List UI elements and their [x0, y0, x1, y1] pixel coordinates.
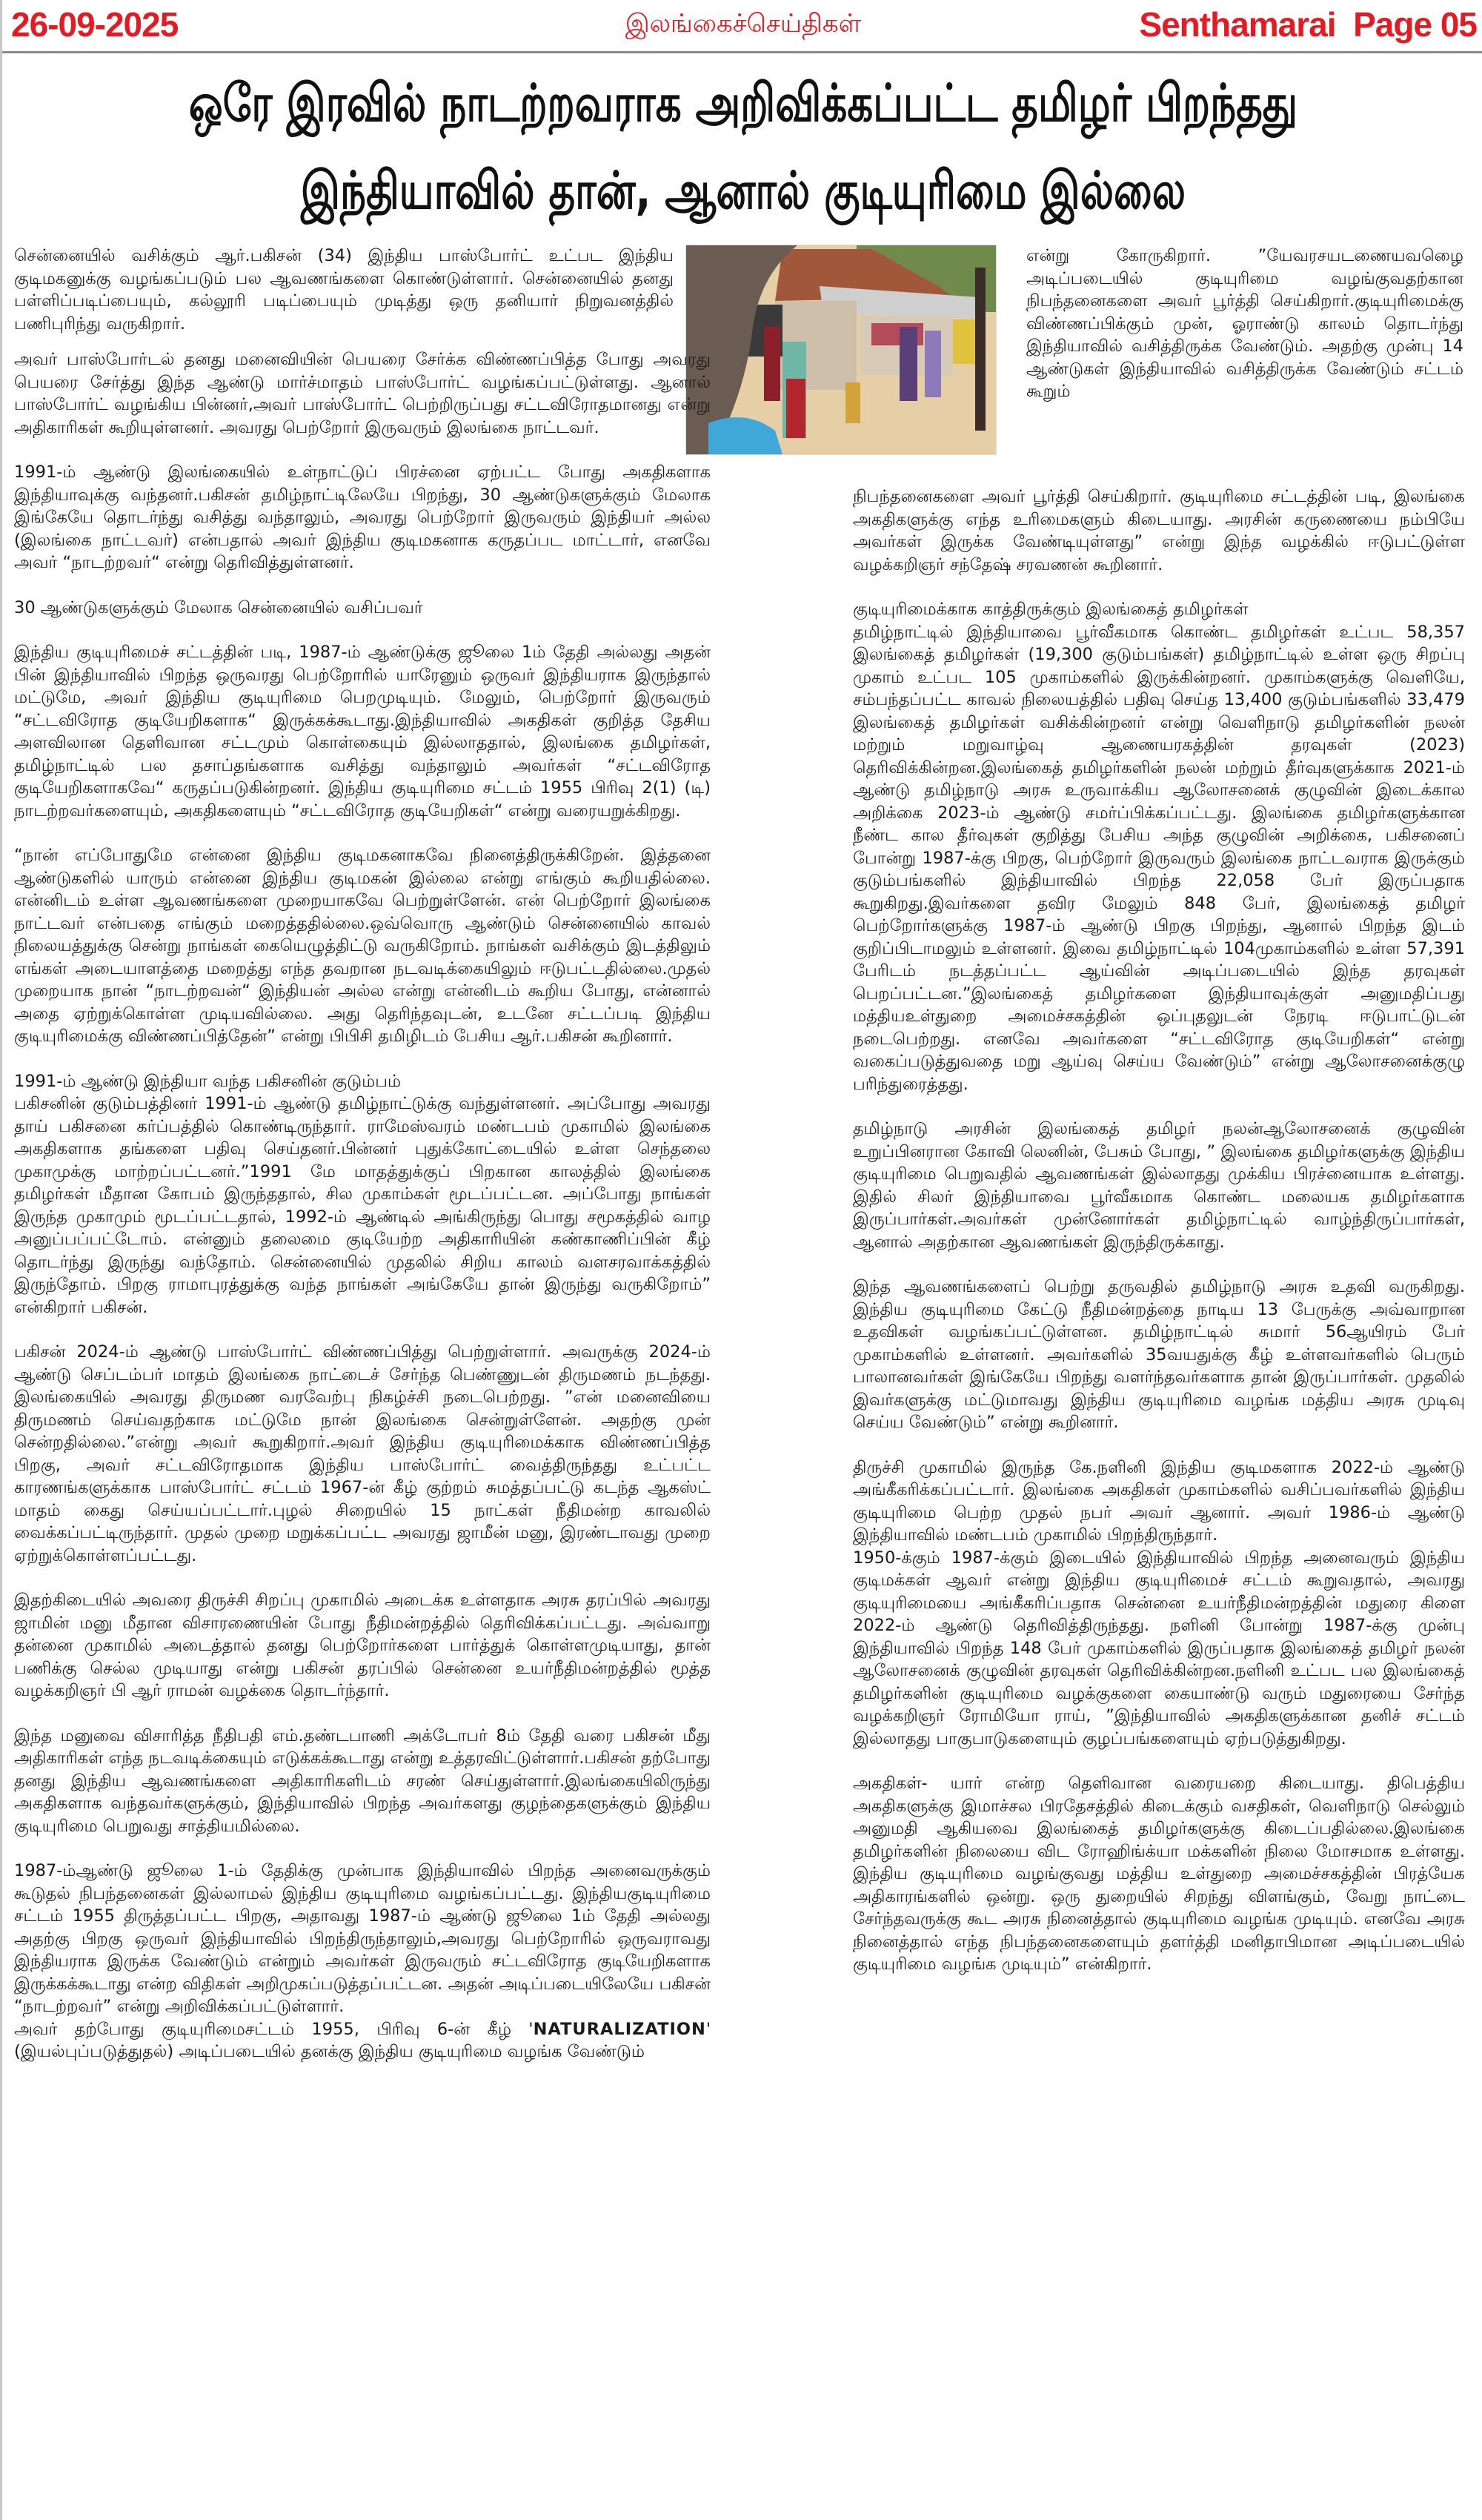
paragraph-text: அவர் தற்போது குடியுரிமைசட்டம் 1955, பிரி…: [14, 2020, 534, 2039]
paragraph: அகதிகள்- யார் என்ற தெளிவான வரையறை கிடையா…: [853, 1772, 1465, 1976]
right-column-continuation: என்று கோருகிறார். ”யேவரசயடணையவழைெ அடிப்ப…: [1026, 245, 1463, 425]
subheading: குடியுரிமைக்காக காத்திருக்கும் இலங்கைத் …: [853, 598, 1465, 621]
paragraph: இந்த ஆவணங்களைப் பெற்று தருவதில் தமிழ்நாட…: [853, 1276, 1465, 1434]
headline-line-2: இந்தியாவில் தான், ஆனால் குடியுரிமை இல்லை: [165, 147, 1321, 234]
subheading: 1991-ம் ஆண்டு இந்தியா வந்த பகிசனின் குடு…: [14, 1070, 711, 1093]
subheading: 30 ஆண்டுகளுக்கும் மேலாக சென்னையில் வசிப்…: [14, 597, 711, 620]
paragraph: “நான் எப்போதுமே என்னை இந்திய குடிமகனாகவே…: [14, 844, 711, 1048]
paragraph: என்று கோருகிறார். ”யேவரசயடணையவழைெ அடிப்ப…: [1026, 245, 1463, 403]
headline-line-1: ஒரே இரவில் நாடற்றவராக அறிவிக்கப்பட்ட தமி…: [165, 59, 1321, 147]
left-column: அவர் பாஸ்போர்டல் தனது மனைவியின் பெயரை சே…: [14, 348, 711, 2086]
paragraph: 1991-ம் ஆண்டு இலங்கையில் உள்நாட்டுப் பிர…: [14, 461, 711, 574]
paragraph: பகிசனின் குடும்பத்தினர் 1991-ம் ஆண்டு தம…: [14, 1092, 711, 1319]
paragraph: தமிழ்நாட்டில் இந்தியாவை பூர்வீகமாக கொண்ட…: [853, 621, 1465, 1096]
paragraph: அவர் பாஸ்போர்டல் தனது மனைவியின் பெயரை சே…: [14, 348, 711, 439]
left-column-intro: சென்னையில் வசிக்கும் ஆர்.பகிசன் (34) இந்…: [14, 245, 674, 357]
paragraph: இந்த மனுவை விசாரித்த நீதிபதி எம்.தண்டபாண…: [14, 1725, 711, 1838]
publication-page: Senthamarai Page 05: [1139, 4, 1477, 44]
paragraph: நிபந்தனைகளை அவர் பூர்த்தி செய்கிறார். கு…: [853, 485, 1465, 576]
paragraph: அவர் தற்போது குடியுரிமைசட்டம் 1955, பிரி…: [14, 2018, 711, 2063]
paragraph: இந்திய குடியுரிமைச் சட்டத்தின் படி, 1987…: [14, 641, 711, 822]
right-column: நிபந்தனைகளை அவர் பூர்த்தி செய்கிறார். கு…: [853, 485, 1465, 1998]
paragraph: சென்னையில் வசிக்கும் ஆர்.பகிசன் (34) இந்…: [14, 245, 674, 335]
paragraph: 1950-க்கும் 1987-க்கும் இடையில் இந்தியாவ…: [853, 1547, 1465, 1751]
naturalization-term: NATURALIZATION: [534, 2020, 706, 2039]
paragraph: இதற்கிடையில் அவரை திருச்சி சிறப்பு முகாம…: [14, 1589, 711, 1702]
paragraph: திருச்சி முகாமில் இருந்த கே.நளினி இந்திய…: [853, 1456, 1465, 1547]
paragraph: பகிசன் 2024-ம் ஆண்டு பாஸ்போர்ட் விண்ணப்ப…: [14, 1341, 711, 1567]
newspaper-page: 26-09-2025 இலங்கைச்செய்திகள் Senthamarai…: [0, 0, 1482, 2520]
masthead: 26-09-2025 இலங்கைச்செய்திகள் Senthamarai…: [2, 0, 1482, 53]
article-photo: [685, 245, 997, 455]
paragraph: தமிழ்நாடு அரசின் இலங்கைத் தமிழர் நலன்ஆலோ…: [853, 1118, 1465, 1253]
article-headline: ஒரே இரவில் நாடற்றவராக அறிவிக்கப்பட்ட தமி…: [165, 59, 1321, 234]
paragraph: 1987-ம்ஆண்டு ஜூலை 1-ம் தேதிக்கு முன்பாக …: [14, 1860, 711, 2018]
news-photo-camp-residents-icon: [686, 245, 996, 454]
